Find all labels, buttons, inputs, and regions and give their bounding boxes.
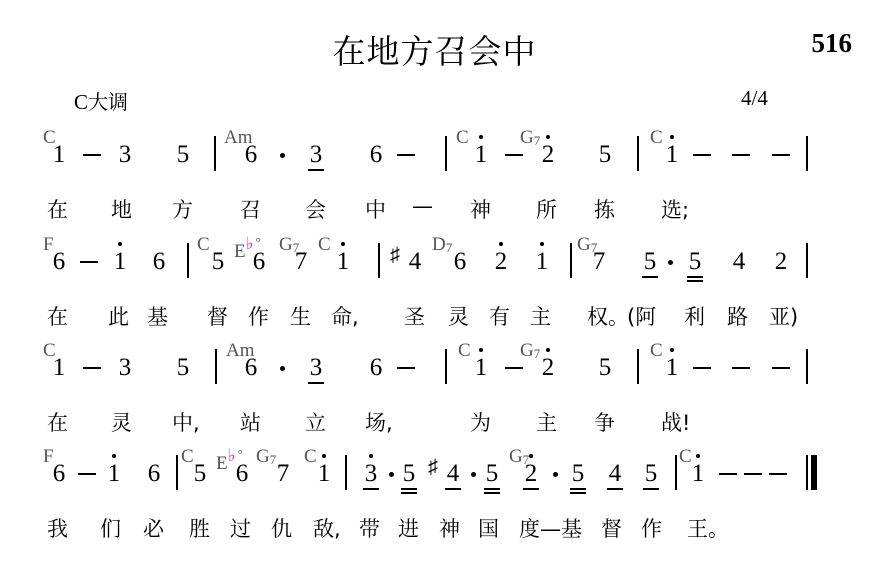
eighth-underline (687, 276, 703, 278)
note-digit: 6 (53, 248, 66, 275)
chord-root: D (432, 234, 446, 255)
note-digit: 5 (689, 248, 702, 275)
note-digit: 3 (310, 141, 323, 168)
lyric-syllable: 进 (398, 513, 419, 543)
octave-dot-icon (479, 135, 483, 139)
octave-dot-icon (369, 454, 373, 458)
lyric-syllable: 主 (530, 301, 551, 331)
lyric-syllable: — (412, 194, 433, 218)
lyric-syllable: 所 (536, 194, 557, 224)
sustain-dash (83, 367, 101, 369)
barline (215, 349, 217, 384)
lyric-syllable: 作 (641, 513, 662, 543)
note: 5 (172, 355, 194, 380)
lyric-syllable: 在 (47, 407, 68, 437)
note-digit: 4 (733, 248, 746, 275)
lyric-syllable: 站 (240, 407, 261, 437)
note: 3 (114, 355, 136, 380)
sustain-dash (772, 367, 790, 369)
eighth-underline (401, 488, 417, 490)
note-digit: 2 (775, 248, 788, 275)
barline (445, 136, 447, 171)
lyric-syllable: 在 (47, 301, 68, 331)
note: 2 (537, 355, 559, 380)
key-signature: C大调 (74, 86, 128, 115)
note-digit: 1 (666, 354, 679, 381)
sustain-dash (505, 154, 523, 156)
note: 3 (305, 355, 327, 380)
note-digit: 5 (599, 141, 612, 168)
note: 5 (567, 461, 589, 486)
lyric-syllable: 为 (470, 407, 491, 437)
note-digit: 4 (609, 460, 622, 487)
sustain-dash (397, 367, 415, 369)
note: 1 (48, 355, 70, 380)
note: 6 (248, 249, 270, 274)
note: 2 (490, 249, 512, 274)
lyric-syllable: 过 (230, 513, 251, 543)
lyric-syllable: 神 (439, 513, 460, 543)
note-digit: 6 (236, 460, 249, 487)
chord-symbol: C (456, 128, 469, 147)
note: 6 (48, 461, 70, 486)
lyric-syllable: 神 (470, 194, 491, 224)
augmentation-dot (389, 472, 394, 477)
lyric-syllable: 灵 (448, 301, 469, 331)
note-digit: 6 (148, 460, 161, 487)
score-line: FCE♭°G7CD7G761656714♯62175542在此基督作生命,圣灵有… (0, 235, 869, 345)
note: 2 (770, 249, 792, 274)
lyric-syllable: 利 (684, 301, 705, 331)
eighth-underline (445, 488, 461, 490)
note: 1 (470, 142, 492, 167)
lyric-syllable: 主 (536, 407, 557, 437)
chord-symbol: C (318, 235, 331, 254)
note-digit: 6 (253, 248, 266, 275)
sustain-dash (769, 473, 787, 475)
note: 1 (661, 355, 683, 380)
key-label: 大调 (88, 90, 128, 114)
note: 3 (360, 461, 382, 486)
note-digit: 1 (475, 354, 488, 381)
note-digit: 1 (666, 141, 679, 168)
barline (378, 243, 380, 278)
note-digit: 2 (542, 354, 555, 381)
octave-dot-icon (670, 135, 674, 139)
sharp-icon: ♯ (428, 457, 438, 477)
note: 2 (520, 461, 542, 486)
lyric-syllable: 胜 (189, 513, 210, 543)
note-digit: 6 (370, 354, 383, 381)
note: 6 (143, 461, 165, 486)
sustain-dash (732, 367, 750, 369)
barline (214, 136, 216, 171)
note: 5 (594, 355, 616, 380)
lyric-syllable: 国 (478, 513, 499, 543)
lyric-syllable: 立 (305, 407, 326, 437)
note: 7 (272, 461, 294, 486)
sustain-dash (719, 473, 737, 475)
lyric-syllable: 督 (207, 301, 228, 331)
sixteenth-underline (401, 492, 417, 494)
chord-root: E (234, 241, 246, 262)
note: 6 (148, 249, 170, 274)
note-digit: 5 (177, 141, 190, 168)
octave-dot-icon (341, 242, 345, 246)
note: 5 (481, 461, 503, 486)
note-digit: 6 (53, 460, 66, 487)
lyric-syllable: 中, (172, 407, 200, 437)
note: 5 (207, 249, 229, 274)
augmentation-dot (280, 366, 285, 371)
lyric-syllable: 此 (108, 301, 129, 331)
note-digit: 6 (245, 354, 258, 381)
chord-root: G (520, 127, 534, 148)
lyric-syllable: 场, (365, 407, 393, 437)
note: 5 (684, 249, 706, 274)
note-digit: 4 (447, 460, 460, 487)
lyric-syllable: 生 (290, 301, 311, 331)
barline (187, 243, 189, 278)
sixteenth-underline (570, 492, 586, 494)
sustain-dash (505, 367, 523, 369)
barline (637, 136, 639, 171)
score-line: CAmCG7C1356361251在灵中,站立场,为主争战! (0, 341, 869, 451)
note-digit: 3 (365, 460, 378, 487)
lyric-syllable: 中 (365, 194, 386, 224)
note-digit: 6 (370, 141, 383, 168)
note: 6 (365, 355, 387, 380)
note: 1 (109, 249, 131, 274)
hymn-title: 在地方召会中 (0, 26, 869, 73)
note-digit: 3 (119, 141, 132, 168)
note-digit: 5 (177, 354, 190, 381)
chord-symbol: C (458, 341, 471, 360)
note: 3 (114, 142, 136, 167)
note-digit: 1 (536, 248, 549, 275)
octave-dot-icon (322, 454, 326, 458)
lyric-syllable: 战! (661, 407, 690, 437)
note-digit: 5 (212, 248, 225, 275)
lyric-syllable: 有 (489, 301, 510, 331)
sharp-icon: ♯ (390, 245, 400, 265)
note: 5 (640, 461, 662, 486)
note-digit: 5 (194, 460, 207, 487)
diminished-icon: ° (256, 234, 261, 249)
sustain-dash (78, 473, 96, 475)
lyric-syllable: 作 (248, 301, 269, 331)
note-digit: 5 (644, 248, 657, 275)
note-digit: 3 (119, 354, 132, 381)
octave-dot-icon (118, 242, 122, 246)
note-digit: 3 (310, 354, 323, 381)
note: 7 (588, 249, 610, 274)
hymn-number: 516 (812, 28, 853, 59)
note-digit: 1 (108, 460, 121, 487)
octave-dot-icon (696, 454, 700, 458)
note-digit: 7 (277, 460, 290, 487)
sustain-dash (732, 154, 750, 156)
note: 5 (172, 142, 194, 167)
note: 5 (398, 461, 420, 486)
lyric-syllable: 亚) (769, 301, 798, 331)
note: 5 (594, 142, 616, 167)
note-digit: 1 (337, 248, 350, 275)
sustain-dash (693, 367, 711, 369)
lyric-syllable: 必 (143, 513, 164, 543)
note-digit: 5 (599, 354, 612, 381)
octave-dot-icon (670, 348, 674, 352)
note: 1 (48, 142, 70, 167)
octave-dot-icon (529, 454, 533, 458)
barline (176, 455, 178, 490)
barline (806, 243, 808, 278)
chord-root: C (458, 340, 471, 361)
chord-root: G (256, 446, 270, 467)
octave-dot-icon (112, 454, 116, 458)
barline (675, 455, 677, 490)
note: 5 (189, 461, 211, 486)
note: 1 (661, 142, 683, 167)
note: 6 (365, 142, 387, 167)
note: 4♯ (442, 461, 464, 486)
augmentation-dot (471, 472, 476, 477)
note-digit: 1 (318, 460, 331, 487)
note-digit: 1 (692, 460, 705, 487)
final-barline (811, 455, 817, 490)
note: 1 (687, 461, 709, 486)
lyric-syllable: 会 (305, 194, 326, 224)
note-digit: 7 (593, 248, 606, 275)
chord-root: E (216, 453, 228, 474)
note-digit: 1 (53, 354, 66, 381)
eighth-underline (570, 488, 586, 490)
sustain-dash (744, 473, 762, 475)
note-digit: 1 (53, 141, 66, 168)
note-digit: 5 (572, 460, 585, 487)
note: 3 (305, 142, 327, 167)
note: 6 (240, 142, 262, 167)
note-digit: 5 (486, 460, 499, 487)
lyric-syllable: 灵 (111, 407, 132, 437)
note: 4 (728, 249, 750, 274)
chord-root: G (520, 340, 534, 361)
lyric-syllable: 带 (359, 513, 380, 543)
lyric-syllable: 王。 (687, 513, 729, 543)
note: 2 (537, 142, 559, 167)
note: 1 (103, 461, 125, 486)
sixteenth-underline (484, 492, 500, 494)
eighth-underline (308, 382, 324, 384)
barline (806, 455, 808, 490)
octave-dot-icon (540, 242, 544, 246)
note: 6 (449, 249, 471, 274)
note-digit: 5 (403, 460, 416, 487)
chord-root: C (456, 127, 469, 148)
note: 1 (313, 461, 335, 486)
note-digit: 1 (114, 248, 127, 275)
lyric-syllable: 仇 (271, 513, 292, 543)
augmentation-dot (553, 472, 558, 477)
lyric-syllable: 选; (661, 194, 689, 224)
note: 4 (604, 461, 626, 486)
sustain-dash (772, 154, 790, 156)
lyric-syllable: 拣 (594, 194, 615, 224)
lyric-syllable: 们 (100, 513, 121, 543)
note-digit: 7 (295, 248, 308, 275)
note: 6 (240, 355, 262, 380)
eighth-underline (607, 488, 623, 490)
lyric-syllable: 地 (111, 194, 132, 224)
note-digit: 6 (454, 248, 467, 275)
lyric-syllable: 度—基 (519, 513, 582, 543)
eighth-underline (523, 488, 539, 490)
note-digit: 2 (542, 141, 555, 168)
barline (806, 136, 808, 171)
lyric-syllable: 召 (240, 194, 261, 224)
note: 5 (639, 249, 661, 274)
note-digit: 6 (245, 141, 258, 168)
augmentation-dot (668, 260, 673, 265)
key-letter: C (74, 90, 88, 114)
eighth-underline (363, 488, 379, 490)
lyric-syllable: 基 (147, 301, 168, 331)
note: 1 (531, 249, 553, 274)
note: 1 (470, 355, 492, 380)
eighth-underline (484, 488, 500, 490)
augmentation-dot (280, 153, 285, 158)
lyric-syllable: 权。 (587, 301, 629, 331)
lyric-syllable: 督 (601, 513, 622, 543)
sustain-dash (80, 261, 98, 263)
lyric-syllable: 在 (47, 194, 68, 224)
note-digit: 5 (645, 460, 658, 487)
barline (570, 243, 572, 278)
sustain-dash (83, 154, 101, 156)
eighth-underline (643, 488, 659, 490)
lyric-syllable: 我 (47, 513, 68, 543)
time-signature: 4/4 (741, 86, 768, 111)
sustain-dash (693, 154, 711, 156)
sixteenth-underline (687, 280, 703, 282)
octave-dot-icon (546, 135, 550, 139)
note-digit: 4 (409, 248, 422, 275)
diminished-icon: ° (238, 446, 243, 461)
lyric-syllable: 命, (331, 301, 359, 331)
octave-dot-icon (499, 242, 503, 246)
barline (345, 455, 347, 490)
note: 4♯ (404, 249, 426, 274)
chord-root: C (318, 234, 331, 255)
barline (445, 349, 447, 384)
lyric-syllable: 圣 (404, 301, 425, 331)
eighth-underline (642, 276, 658, 278)
score-line: CAmCG7C1356361251在地方召会中—神所拣选; (0, 128, 869, 238)
lyric-syllable: (阿 (627, 301, 656, 331)
note-digit: 2 (495, 248, 508, 275)
lyric-syllable: 路 (727, 301, 748, 331)
lyric-syllable: 方 (172, 194, 193, 224)
note: 7 (290, 249, 312, 274)
note: 6 (231, 461, 253, 486)
octave-dot-icon (479, 348, 483, 352)
note-digit: 1 (475, 141, 488, 168)
lyric-syllable: 争 (594, 407, 615, 437)
eighth-underline (308, 169, 324, 171)
sustain-dash (397, 154, 415, 156)
note: 1 (332, 249, 354, 274)
lyric-syllable: 敌, (313, 513, 341, 543)
barline (637, 349, 639, 384)
note: 6 (48, 249, 70, 274)
barline (806, 349, 808, 384)
note-digit: 2 (525, 460, 538, 487)
octave-dot-icon (546, 348, 550, 352)
note-digit: 6 (153, 248, 166, 275)
score-line: FCE♭°G7CG7C6165671354♯525451我们必胜过仇敌,带进神国… (0, 447, 869, 557)
